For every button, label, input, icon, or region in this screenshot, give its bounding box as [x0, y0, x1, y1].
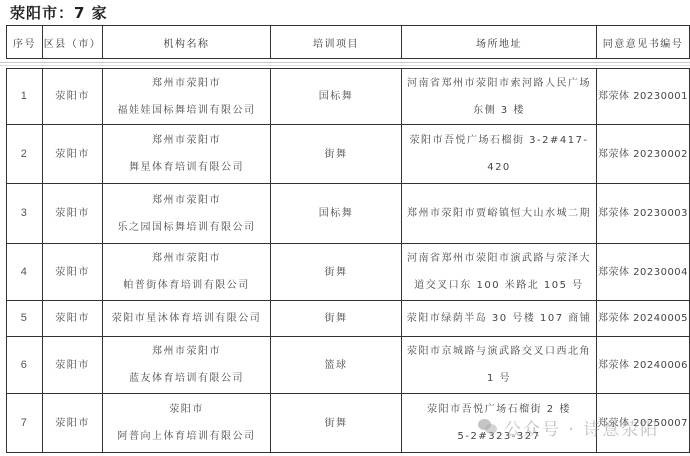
cell-org-name: 郑州市荥阳市 乐之园国标舞培训有限公司: [103, 184, 271, 244]
cell-address: 荥阳市京城路与演武路交叉口西北角 1 号: [402, 337, 597, 394]
header-district: 区县（市）: [43, 26, 103, 59]
cell-org-name: 郑州市荥阳市 帕普街体育培训有限公司: [103, 244, 271, 301]
cell-district: 荥阳市: [43, 301, 103, 337]
cell-address: 荥阳市绿荫半岛 30 号楼 107 商铺: [402, 301, 597, 337]
address-line-2: 1 号: [402, 365, 596, 392]
cell-project: 街舞: [271, 244, 402, 301]
org-line-1: 荥阳市: [103, 396, 270, 423]
org-line-2: 帕普街体育培训有限公司: [103, 272, 270, 299]
table-header: 序号 区县（市） 机构名称 培训项目 场所地址 同意意见书编号: [6, 25, 690, 59]
header-approval-code: 同意意见书编号: [597, 26, 690, 59]
org-line-1: 郑州市荥阳市: [103, 245, 270, 272]
cell-approval-code: 郑荥体 20230002: [597, 125, 690, 184]
cell-index: 5: [7, 301, 43, 337]
address-line-2: 道交叉口东 100 米路北 105 号: [402, 272, 596, 299]
cell-project: 街舞: [271, 394, 402, 453]
org-line-1: 郑州市荥阳市: [103, 187, 270, 214]
cell-approval-code: 郑荥体 20240005: [597, 301, 690, 337]
header-row: 序号 区县（市） 机构名称 培训项目 场所地址 同意意见书编号: [7, 26, 690, 59]
cell-org-name: 郑州市荥阳市 福娃娃国标舞培训有限公司: [103, 69, 271, 125]
cell-district: 荥阳市: [43, 244, 103, 301]
cell-index: 4: [7, 244, 43, 301]
institution-table: 1 荥阳市 郑州市荥阳市 福娃娃国标舞培训有限公司 国标舞 河南省郑州市荥阳市索…: [6, 68, 690, 453]
cell-org-name: 荥阳市星沐体育培训有限公司: [103, 301, 271, 337]
address-line-1: 荥阳市京城路与演武路交叉口西北角: [402, 338, 596, 365]
cell-index: 3: [7, 184, 43, 244]
org-line-1: 郑州市荥阳市: [103, 127, 270, 154]
address-line-1: 河南省郑州市荥阳市索河路人民广场: [402, 70, 596, 97]
table-row: 1 荥阳市 郑州市荥阳市 福娃娃国标舞培训有限公司 国标舞 河南省郑州市荥阳市索…: [7, 69, 690, 125]
address-line-2: 东侧 3 楼: [402, 97, 596, 124]
org-line-1: 郑州市荥阳市: [103, 338, 270, 365]
cell-index: 2: [7, 125, 43, 184]
address-line-1: 河南省郑州市荥阳市演武路与荥泽大: [402, 245, 596, 272]
header-training-project: 培训项目: [271, 26, 402, 59]
org-line-1: 郑州市荥阳市: [103, 70, 270, 97]
cell-index: 7: [7, 394, 43, 453]
cell-approval-code: 郑荥体 20240006: [597, 337, 690, 394]
table-row: 5 荥阳市 荥阳市星沐体育培训有限公司 街舞 荥阳市绿荫半岛 30 号楼 107…: [7, 301, 690, 337]
table-row: 2 荥阳市 郑州市荥阳市 舞星体育培训有限公司 街舞 荥阳市吾悦广场石榴街 3-…: [7, 125, 690, 184]
cell-address: 荥阳市吾悦广场石榴街 2 楼 5-2#323-327: [402, 394, 597, 453]
header-index: 序号: [7, 26, 43, 59]
org-line-2: 舞星体育培训有限公司: [103, 154, 270, 181]
cell-approval-code: 郑荥体 20250007: [597, 394, 690, 453]
cell-address: 郑州市荥阳市贾峪镇恒大山水城二期: [402, 184, 597, 244]
header-org-name: 机构名称: [103, 26, 271, 59]
table-row: 4 荥阳市 郑州市荥阳市 帕普街体育培训有限公司 街舞 河南省郑州市荥阳市演武路…: [7, 244, 690, 301]
cell-district: 荥阳市: [43, 69, 103, 125]
org-line-2: 蓝友体育培训有限公司: [103, 365, 270, 392]
cell-project: 国标舞: [271, 184, 402, 244]
divider: [0, 65, 690, 66]
table-row: 3 荥阳市 郑州市荥阳市 乐之园国标舞培训有限公司 国标舞 郑州市荥阳市贾峪镇恒…: [7, 184, 690, 244]
cell-index: 6: [7, 337, 43, 394]
cell-district: 荥阳市: [43, 337, 103, 394]
divider: [0, 62, 690, 63]
cell-district: 荥阳市: [43, 125, 103, 184]
address-line-1: 荥阳市吾悦广场石榴街 2 楼: [402, 396, 596, 423]
cell-org-name: 郑州市荥阳市 蓝友体育培训有限公司: [103, 337, 271, 394]
address-line-2: 5-2#323-327: [402, 423, 596, 450]
cell-address: 河南省郑州市荥阳市索河路人民广场 东侧 3 楼: [402, 69, 597, 125]
cell-org-name: 荥阳市 阿普向上体育培训有限公司: [103, 394, 271, 453]
cell-approval-code: 郑荥体 20230001: [597, 69, 690, 125]
cell-project: 国标舞: [271, 69, 402, 125]
header-address: 场所地址: [402, 26, 597, 59]
cell-address: 河南省郑州市荥阳市演武路与荥泽大 道交叉口东 100 米路北 105 号: [402, 244, 597, 301]
org-line-2: 阿普向上体育培训有限公司: [103, 423, 270, 450]
cell-project: 街舞: [271, 301, 402, 337]
org-line-2: 乐之园国标舞培训有限公司: [103, 214, 270, 241]
cell-district: 荥阳市: [43, 394, 103, 453]
cell-org-name: 郑州市荥阳市 舞星体育培训有限公司: [103, 125, 271, 184]
page-title: 荥阳市：7 家: [10, 2, 108, 22]
org-line-2: 福娃娃国标舞培训有限公司: [103, 97, 270, 124]
cell-project: 篮球: [271, 337, 402, 394]
cell-approval-code: 郑荥体 20230003: [597, 184, 690, 244]
cell-index: 1: [7, 69, 43, 125]
cell-district: 荥阳市: [43, 184, 103, 244]
cell-approval-code: 郑荥体 20230004: [597, 244, 690, 301]
cell-project: 街舞: [271, 125, 402, 184]
table-row: 7 荥阳市 荥阳市 阿普向上体育培训有限公司 街舞 荥阳市吾悦广场石榴街 2 楼…: [7, 394, 690, 453]
table-row: 6 荥阳市 郑州市荥阳市 蓝友体育培训有限公司 篮球 荥阳市京城路与演武路交叉口…: [7, 337, 690, 394]
cell-address: 荥阳市吾悦广场石榴街 3-2#417-420: [402, 125, 597, 184]
